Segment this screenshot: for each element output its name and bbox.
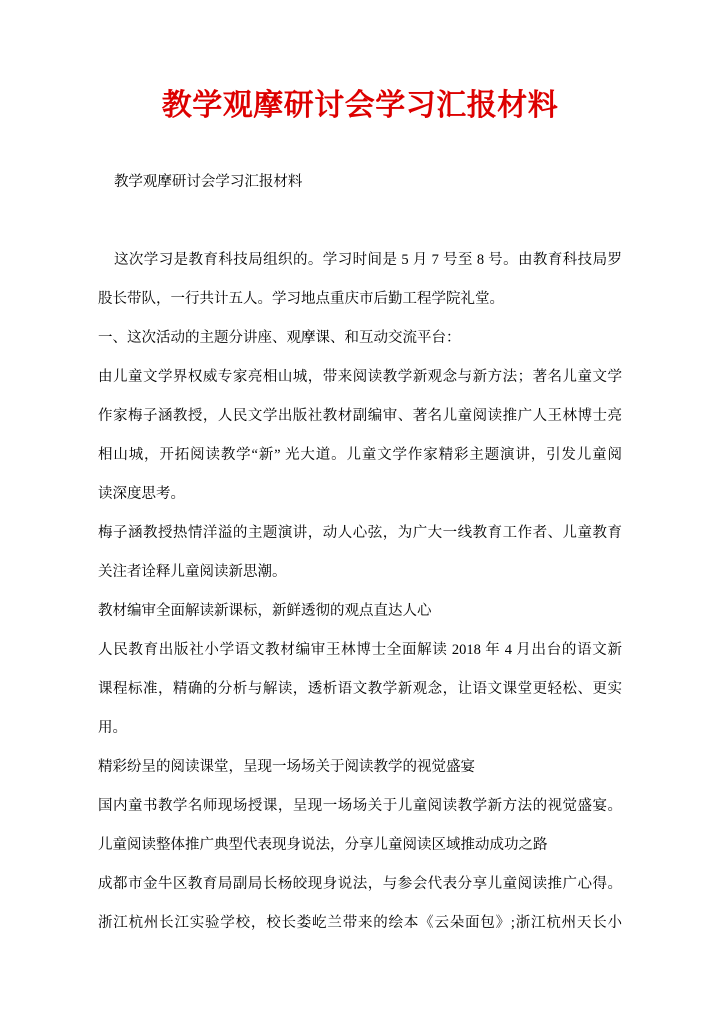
p-experts: 由儿童文学界权威专家亮相山城，带来阅读教学新观念与新方法；著名儿童文学作家梅子涵… <box>98 358 622 514</box>
p-intro: 这次学习是教育科技局组织的。学习时间是 5 月 7 号至 8 号。由教育科技局罗… <box>98 241 622 319</box>
p-tuiguang: 儿童阅读整体推广典型代表现身说法，分享儿童阅读区域推动成功之路 <box>98 826 622 865</box>
p-heading-one: 一、这次活动的主题分讲座、观摩课、和互动交流平台： <box>98 319 622 358</box>
text-line: 课程标准，精确的分析与解读，透析语文教学新观念，让语文课堂更轻松、更实 <box>98 670 622 709</box>
text-line: 精彩纷呈的阅读课堂，呈现一场场关于阅读教学的视觉盛宴 <box>98 748 622 787</box>
document-title: 教学观摩研讨会学习汇报材料 <box>98 84 622 128</box>
text-line: 国内童书教学名师现场授课，呈现一场场关于儿童阅读教学新方法的视觉盛宴。 <box>98 787 622 826</box>
subtitle: 教学观摩研讨会学习汇报材料 <box>98 163 622 202</box>
p-mingshi: 国内童书教学名师现场授课，呈现一场场关于儿童阅读教学新方法的视觉盛宴。 <box>98 787 622 826</box>
text-line: 关注者诠释儿童阅读新思潮。 <box>98 553 622 592</box>
text-line: 人民教育出版社小学语文教材编审王林博士全面解读 2018 年 4 月出台的语文新 <box>98 631 622 670</box>
p-ketang: 精彩纷呈的阅读课堂，呈现一场场关于阅读教学的视觉盛宴 <box>98 748 622 787</box>
text-line: 教材编审全面解读新课标，新鲜透彻的观点直达人心 <box>98 592 622 631</box>
p-meizihan: 梅子涵教授热情洋溢的主题演讲，动人心弦，为广大一线教育工作者、儿童教育关注者诠释… <box>98 514 622 592</box>
text-line: 浙江杭州长江实验学校，校长娄屹兰带来的绘本《云朵面包》;浙江杭州天长小 <box>98 904 622 943</box>
text-line: 教学观摩研讨会学习汇报材料 <box>98 163 622 202</box>
text-line: 这次学习是教育科技局组织的。学习时间是 5 月 7 号至 8 号。由教育科技局罗 <box>98 241 622 280</box>
text-line: 读深度思考。 <box>98 475 622 514</box>
p-wanglin: 人民教育出版社小学语文教材编审王林博士全面解读 2018 年 4 月出台的语文新… <box>98 631 622 748</box>
text-line: 用。 <box>98 709 622 748</box>
document-body: 教学观摩研讨会学习汇报材料这次学习是教育科技局组织的。学习时间是 5 月 7 号… <box>98 163 622 943</box>
text-line: 股长带队，一行共计五人。学习地点重庆市后勤工程学院礼堂。 <box>98 280 622 319</box>
text-line: 一、这次活动的主题分讲座、观摩课、和互动交流平台： <box>98 319 622 358</box>
text-line: 作家梅子涵教授，人民文学出版社教材副编审、著名儿童阅读推广人王林博士亮 <box>98 397 622 436</box>
text-line: 相山城，开拓阅读教学“新” 光大道。儿童文学作家精彩主题演讲，引发儿童阅 <box>98 436 622 475</box>
text-line: 儿童阅读整体推广典型代表现身说法，分享儿童阅读区域推动成功之路 <box>98 826 622 865</box>
text-line: 梅子涵教授热情洋溢的主题演讲，动人心弦，为广大一线教育工作者、儿童教育 <box>98 514 622 553</box>
document-page: 教学观摩研讨会学习汇报材料 教学观摩研讨会学习汇报材料这次学习是教育科技局组织的… <box>0 0 721 1020</box>
spacer <box>98 202 622 241</box>
text-line: 由儿童文学界权威专家亮相山城，带来阅读教学新观念与新方法；著名儿童文学 <box>98 358 622 397</box>
p-yangjiao: 成都市金牛区教育局副局长杨皎现身说法，与参会代表分享儿童阅读推广心得。 <box>98 865 622 904</box>
p-hangzhou: 浙江杭州长江实验学校，校长娄屹兰带来的绘本《云朵面包》;浙江杭州天长小 <box>98 904 622 943</box>
text-line: 成都市金牛区教育局副局长杨皎现身说法，与参会代表分享儿童阅读推广心得。 <box>98 865 622 904</box>
p-bianshen: 教材编审全面解读新课标，新鲜透彻的观点直达人心 <box>98 592 622 631</box>
